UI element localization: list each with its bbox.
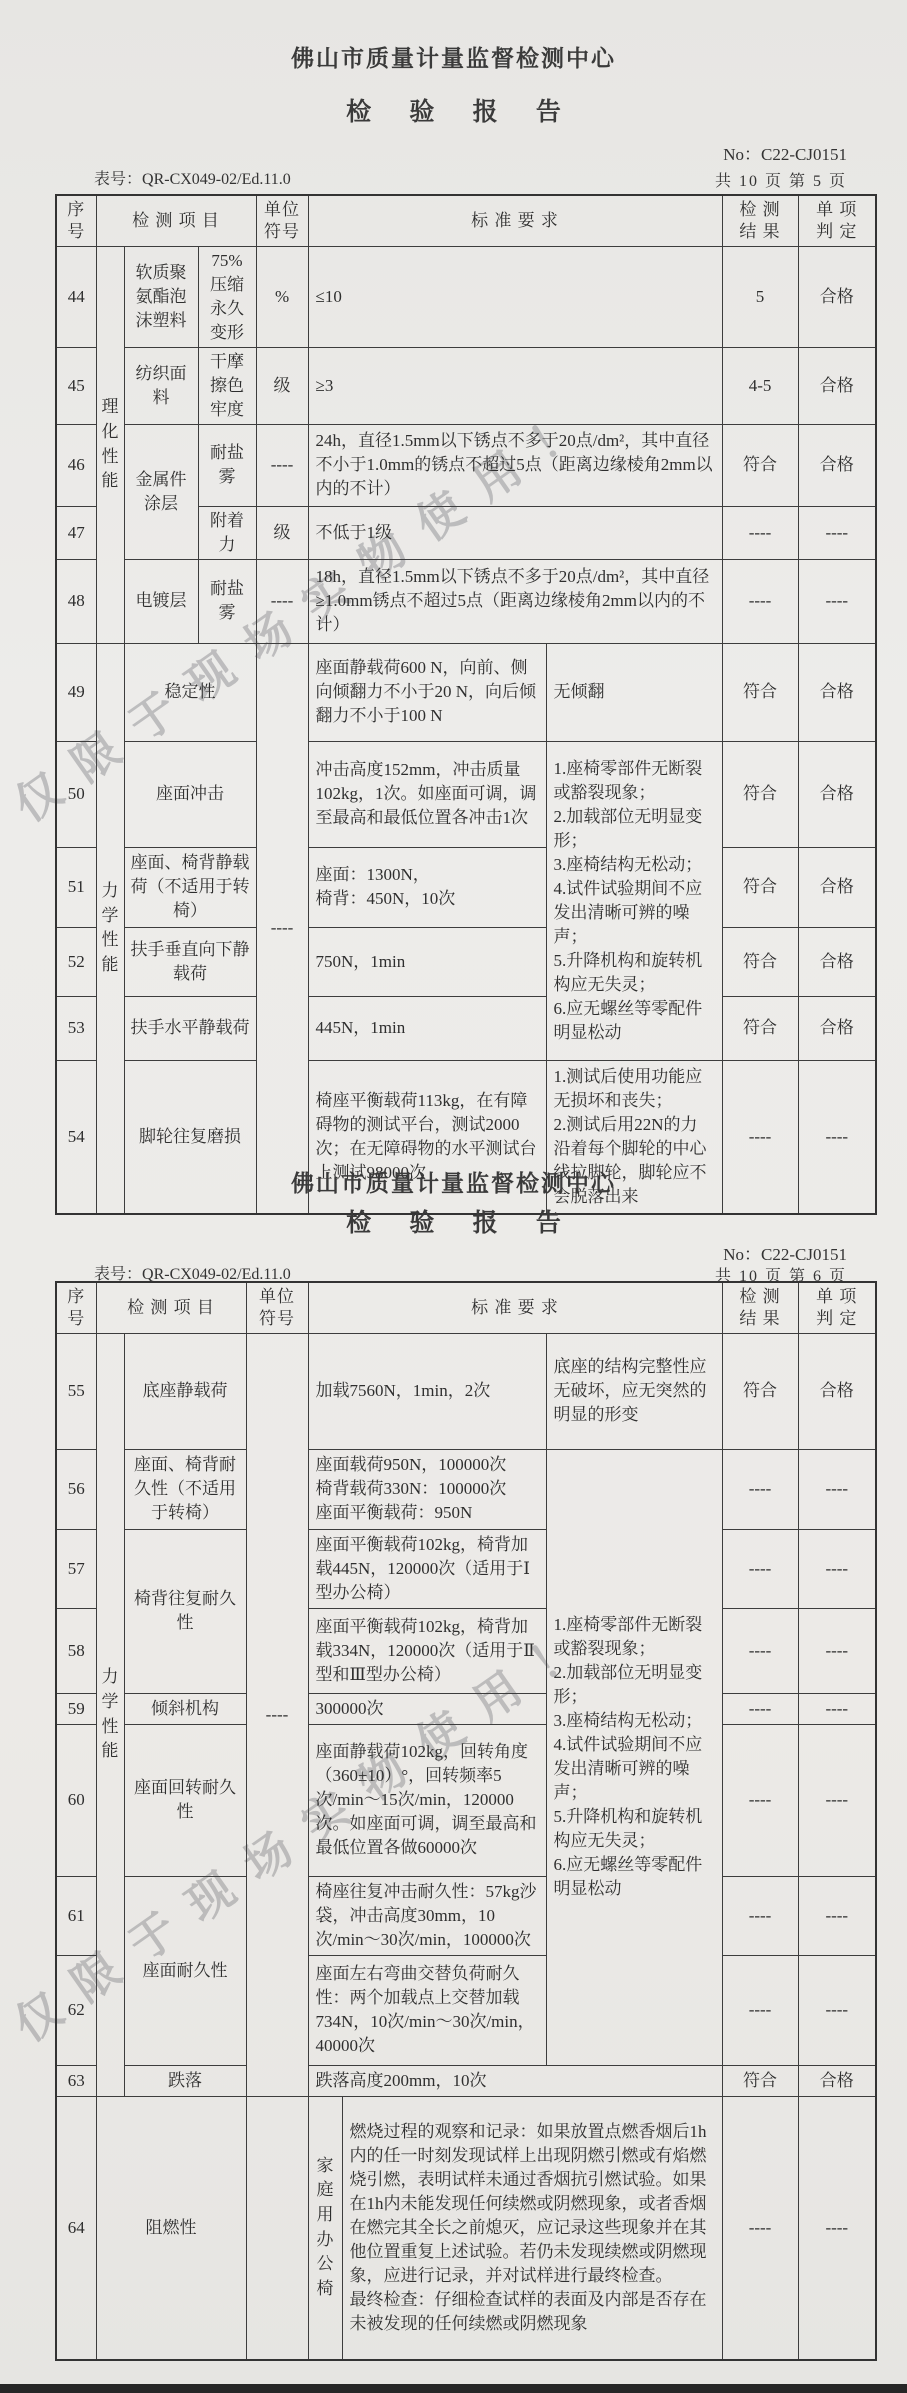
scope-label: 家庭用办公椅 [316,2154,335,2302]
cell-verdict: ---- [798,2096,876,2360]
table-row: 61 座面耐久性 椅座往复冲击耐久性：57kg沙袋，冲击高度30mm，10次/m… [56,1876,876,1955]
cell-std: 座面左右弯曲交替负荷耐久性：两个加载点上交替加载734N，10次/min～30次… [308,1955,546,2065]
cell-result: ---- [722,1608,798,1693]
cell-result: ---- [722,506,798,559]
cell-std: 燃烧过程的观察和记录：如果放置点燃香烟后1h内的任一时刻发现试样上出现阴燃引燃或… [342,2096,722,2360]
table-row: 45 纺织面料 干摩擦色牢度 级 ≥3 4-5 合格 [56,347,876,424]
cell-std: 座面静载荷600 N，向前、侧向倾翻力不小于20 N，向后倾翻力不小于100 N [308,643,546,741]
table-row: 52 扶手垂直向下静载荷 750N，1min 符合 合格 [56,927,876,996]
cell-seq: 46 [56,424,96,506]
col-header-verdict: 单 项 判 定 [798,195,876,246]
cell-item: 软质聚氨酯泡沫塑料 [124,246,198,347]
cell-seq: 59 [56,1693,96,1724]
cell-std: 座面平衡载荷102kg，椅背加载334N，120000次（适用于Ⅱ型和Ⅲ型办公椅… [308,1608,546,1693]
cell-verdict: ---- [798,1955,876,2065]
col-header-std: 标 准 要 求 [308,1282,722,1333]
cell-item: 座面回转耐久性 [124,1724,246,1876]
cell-item: 底座静载荷 [124,1333,246,1449]
col-header-unit: 单位 符号 [246,1282,308,1333]
report-no-label: No： [723,1245,761,1264]
cell-verdict: 合格 [798,1333,876,1449]
cell-item: 金属件涂层 [124,424,198,559]
cell-scope: 家庭用办公椅 [308,2096,342,2360]
scanned-report: 仅限于现场实物使用！ 佛山市质量计量监督检测中心 检 验 报 告 No：C22-… [0,0,907,2393]
table-row: 53 扶手水平静载荷 445N，1min 符合 合格 [56,996,876,1060]
form-no-value: QR-CX049-02/Ed.11.0 [142,171,291,188]
cell-std: 座面：1300N， 椅背：450N，10次 [308,847,546,927]
cell-std-requirement: 无倾翻 [546,643,722,741]
cell-result: ---- [722,1693,798,1724]
col-header-verdict: 单 项 判 定 [798,1282,876,1333]
cell-item: 座面、椅背耐久性（不适用于转椅） [124,1449,246,1529]
cell-verdict: ---- [798,1724,876,1876]
cell-verdict: 合格 [798,424,876,506]
col-header-std: 标 准 要 求 [308,195,722,246]
cell-verdict: 合格 [798,741,876,847]
cell-group: 力学性能 [96,1333,124,2096]
cell-result: 符合 [722,741,798,847]
cell-std: 座面静载荷102kg，回转角度（360±10）°，回转频率5次/min～15次/… [308,1724,546,1876]
table-row: 49 力学性能 稳定性 ---- 座面静载荷600 N，向前、侧向倾翻力不小于2… [56,643,876,741]
cell-std: 750N，1min [308,927,546,996]
cell-std-requirement-shared: 1.座椅零部件无断裂或豁裂现象； 2.加载部位无明显变形； 3.座椅结构无松动；… [546,741,722,1060]
cell-std: 座面载荷950N，100000次 椅背载荷330N：100000次 座面平衡载荷… [308,1449,546,1529]
cell-result: ---- [722,1724,798,1876]
cell-std: ≤10 [308,246,722,347]
cell-seq: 51 [56,847,96,927]
table-row: 57 椅背往复耐久性 座面平衡载荷102kg，椅背加载445N，120000次（… [56,1529,876,1608]
test-table-page6: 序 号 检 测 项 目 单位 符号 标 准 要 求 检 测 结 果 单 项 判 … [55,1281,877,2361]
cell-item: 倾斜机构 [124,1693,246,1724]
cell-seq: 56 [56,1449,96,1529]
org-title: 佛山市质量计量监督检测中心 [0,1165,907,1198]
form-no-label: 表号： [94,171,142,188]
cell-seq: 50 [56,741,96,847]
report-title: 检 验 报 告 [0,92,907,128]
org-title: 佛山市质量计量监督检测中心 [0,40,907,73]
cell-unit: ---- [256,643,308,1214]
cell-unit: 级 [256,347,308,424]
table-row: 55 力学性能 底座静载荷 ---- 加载7560N，1min，2次 底座的结构… [56,1333,876,1449]
cell-seq: 53 [56,996,96,1060]
group-label: 力学性能 [101,879,120,978]
table-row: 63 跌落 跌落高度200mm，10次 符合 合格 [56,2065,876,2096]
report-title: 检 验 报 告 [0,1203,907,1239]
form-no: 表号：QR-CX049-02/Ed.11.0 [94,166,291,189]
cell-item-sub: 75%压缩永久变形 [198,246,256,347]
col-header-seq: 序 号 [56,1282,96,1333]
col-header-unit: 单位 符号 [256,195,308,246]
cell-verdict: ---- [798,1449,876,1529]
cell-seq: 44 [56,246,96,347]
cell-result: 符合 [722,847,798,927]
group-label: 理化性能 [101,395,120,494]
cell-seq: 55 [56,1333,96,1449]
cell-seq: 62 [56,1955,96,2065]
cell-result: 5 [722,246,798,347]
table-row: 59 倾斜机构 300000次 ---- ---- [56,1693,876,1724]
table-header-row: 序 号 检 测 项 目 单位 符号 标 准 要 求 检 测 结 果 单 项 判 … [56,195,876,246]
cell-result: ---- [722,1449,798,1529]
cell-item: 纺织面料 [124,347,198,424]
cell-item: 座面冲击 [124,741,256,847]
cell-result: 符合 [722,2065,798,2096]
cell-seq: 64 [56,2096,96,2360]
cell-verdict: ---- [798,506,876,559]
report-no: No：C22-CJ0151 [723,1240,847,1265]
cell-verdict: 合格 [798,643,876,741]
report-no: No：C22-CJ0151 [723,140,847,165]
page-indicator: 共 10 页 第 5 页 [715,168,847,191]
cell-verdict: ---- [798,559,876,643]
col-header-result: 检 测 结 果 [722,1282,798,1333]
cell-result: 4-5 [722,347,798,424]
cell-group: 理化性能 [96,246,124,643]
cell-item: 跌落 [124,2065,246,2096]
cell-item-sub: 耐盐雾 [198,559,256,643]
cell-result: 符合 [722,643,798,741]
table-header-row: 序 号 检 测 项 目 单位 符号 标 准 要 求 检 测 结 果 单 项 判 … [56,1282,876,1333]
table-row: 51 座面、椅背静载荷（不适用于转椅） 座面：1300N， 椅背：450N，10… [56,847,876,927]
cell-seq: 49 [56,643,96,741]
cell-item: 稳定性 [124,643,256,741]
cell-std: 跌落高度200mm，10次 [308,2065,722,2096]
cell-seq: 47 [56,506,96,559]
cell-seq: 60 [56,1724,96,1876]
cell-verdict: 合格 [798,927,876,996]
col-header-seq: 序 号 [56,195,96,246]
table-row: 48 电镀层 耐盐雾 ---- 18h，直径1.5mm以下锈点不多于20点/dm… [56,559,876,643]
cell-std: 不低于1级 [308,506,722,559]
cell-std: 冲击高度152mm，冲击质量102kg，1次。如座面可调，调至最高和最低位置各冲… [308,741,546,847]
cell-unit: ---- [256,559,308,643]
cell-unit: % [256,246,308,347]
table-row: 60 座面回转耐久性 座面静载荷102kg，回转角度（360±10）°，回转频率… [56,1724,876,1876]
cell-std: 24h，直径1.5mm以下锈点不多于20点/dm²，其中直径不小于1.0mm的锈… [308,424,722,506]
cell-verdict: ---- [798,1529,876,1608]
cell-unit: ---- [246,1333,308,2096]
cell-verdict: ---- [798,1693,876,1724]
cell-unit: ---- [256,424,308,506]
cell-unit: 级 [256,506,308,559]
cell-result: ---- [722,1876,798,1955]
cell-result: ---- [722,559,798,643]
table-row: 56 座面、椅背耐久性（不适用于转椅） 座面载荷950N，100000次 椅背载… [56,1449,876,1529]
cell-result: ---- [722,1529,798,1608]
scan-edge [0,2384,907,2393]
cell-std: 300000次 [308,1693,546,1724]
cell-seq: 48 [56,559,96,643]
report-no-label: No： [723,145,761,164]
cell-std: 18h，直径1.5mm以下锈点不多于20点/dm²，其中直径≥1.0mm锈点不超… [308,559,722,643]
cell-verdict: ---- [798,1876,876,1955]
cell-result: 符合 [722,996,798,1060]
cell-item: 扶手水平静载荷 [124,996,256,1060]
table-row: 64 阻燃性 家庭用办公椅 燃烧过程的观察和记录：如果放置点燃香烟后1h内的任一… [56,2096,876,2360]
cell-std-requirement-shared: 1.座椅零部件无断裂或豁裂现象； 2.加载部位无明显变形； 3.座椅结构无松动；… [546,1449,722,2065]
cell-item: 椅背往复耐久性 [124,1529,246,1693]
test-table-page5: 序 号 检 测 项 目 单位 符号 标 准 要 求 检 测 结 果 单 项 判 … [55,194,877,1215]
cell-item: 阻燃性 [96,2096,246,2360]
col-header-result: 检 测 结 果 [722,195,798,246]
cell-group: 力学性能 [96,643,124,1214]
table-row: 44 理化性能 软质聚氨酯泡沫塑料 75%压缩永久变形 % ≤10 5 合格 [56,246,876,347]
cell-item: 扶手垂直向下静载荷 [124,927,256,996]
report-no-value: C22-CJ0151 [761,145,847,164]
group-label: 力学性能 [101,1665,120,1764]
cell-std: 座面平衡载荷102kg，椅背加载445N，120000次（适用于Ⅰ型办公椅） [308,1529,546,1608]
cell-seq: 58 [56,1608,96,1693]
cell-unit [246,2096,308,2360]
cell-std: 椅座往复冲击耐久性：57kg沙袋，冲击高度30mm，10次/min～30次/mi… [308,1876,546,1955]
cell-verdict: 合格 [798,347,876,424]
cell-result: ---- [722,2096,798,2360]
cell-std: 445N，1min [308,996,546,1060]
cell-item: 座面耐久性 [124,1876,246,2065]
cell-std-requirement: 底座的结构完整性应无破坏，应无突然的明显的形变 [546,1333,722,1449]
report-no-value: C22-CJ0151 [761,1245,847,1264]
cell-verdict: 合格 [798,996,876,1060]
cell-seq: 52 [56,927,96,996]
cell-result: 符合 [722,1333,798,1449]
cell-verdict: 合格 [798,847,876,927]
table-row: 50 座面冲击 冲击高度152mm，冲击质量102kg，1次。如座面可调，调至最… [56,741,876,847]
cell-seq: 61 [56,1876,96,1955]
table-row: 46 金属件涂层 耐盐雾 ---- 24h，直径1.5mm以下锈点不多于20点/… [56,424,876,506]
cell-seq: 57 [56,1529,96,1608]
cell-seq: 45 [56,347,96,424]
cell-verdict: 合格 [798,246,876,347]
cell-seq: 63 [56,2065,96,2096]
col-header-item: 检 测 项 目 [96,1282,246,1333]
cell-item-sub: 干摩擦色牢度 [198,347,256,424]
col-header-item: 检 测 项 目 [96,195,256,246]
cell-std: ≥3 [308,347,722,424]
cell-result: 符合 [722,424,798,506]
cell-item: 电镀层 [124,559,198,643]
cell-item-sub: 耐盐雾 [198,424,256,506]
cell-item-sub: 附着力 [198,506,256,559]
cell-result: ---- [722,1955,798,2065]
cell-result: 符合 [722,927,798,996]
cell-std: 加载7560N，1min，2次 [308,1333,546,1449]
cell-item: 座面、椅背静载荷（不适用于转椅） [124,847,256,927]
cell-verdict: ---- [798,1608,876,1693]
cell-verdict: 合格 [798,2065,876,2096]
